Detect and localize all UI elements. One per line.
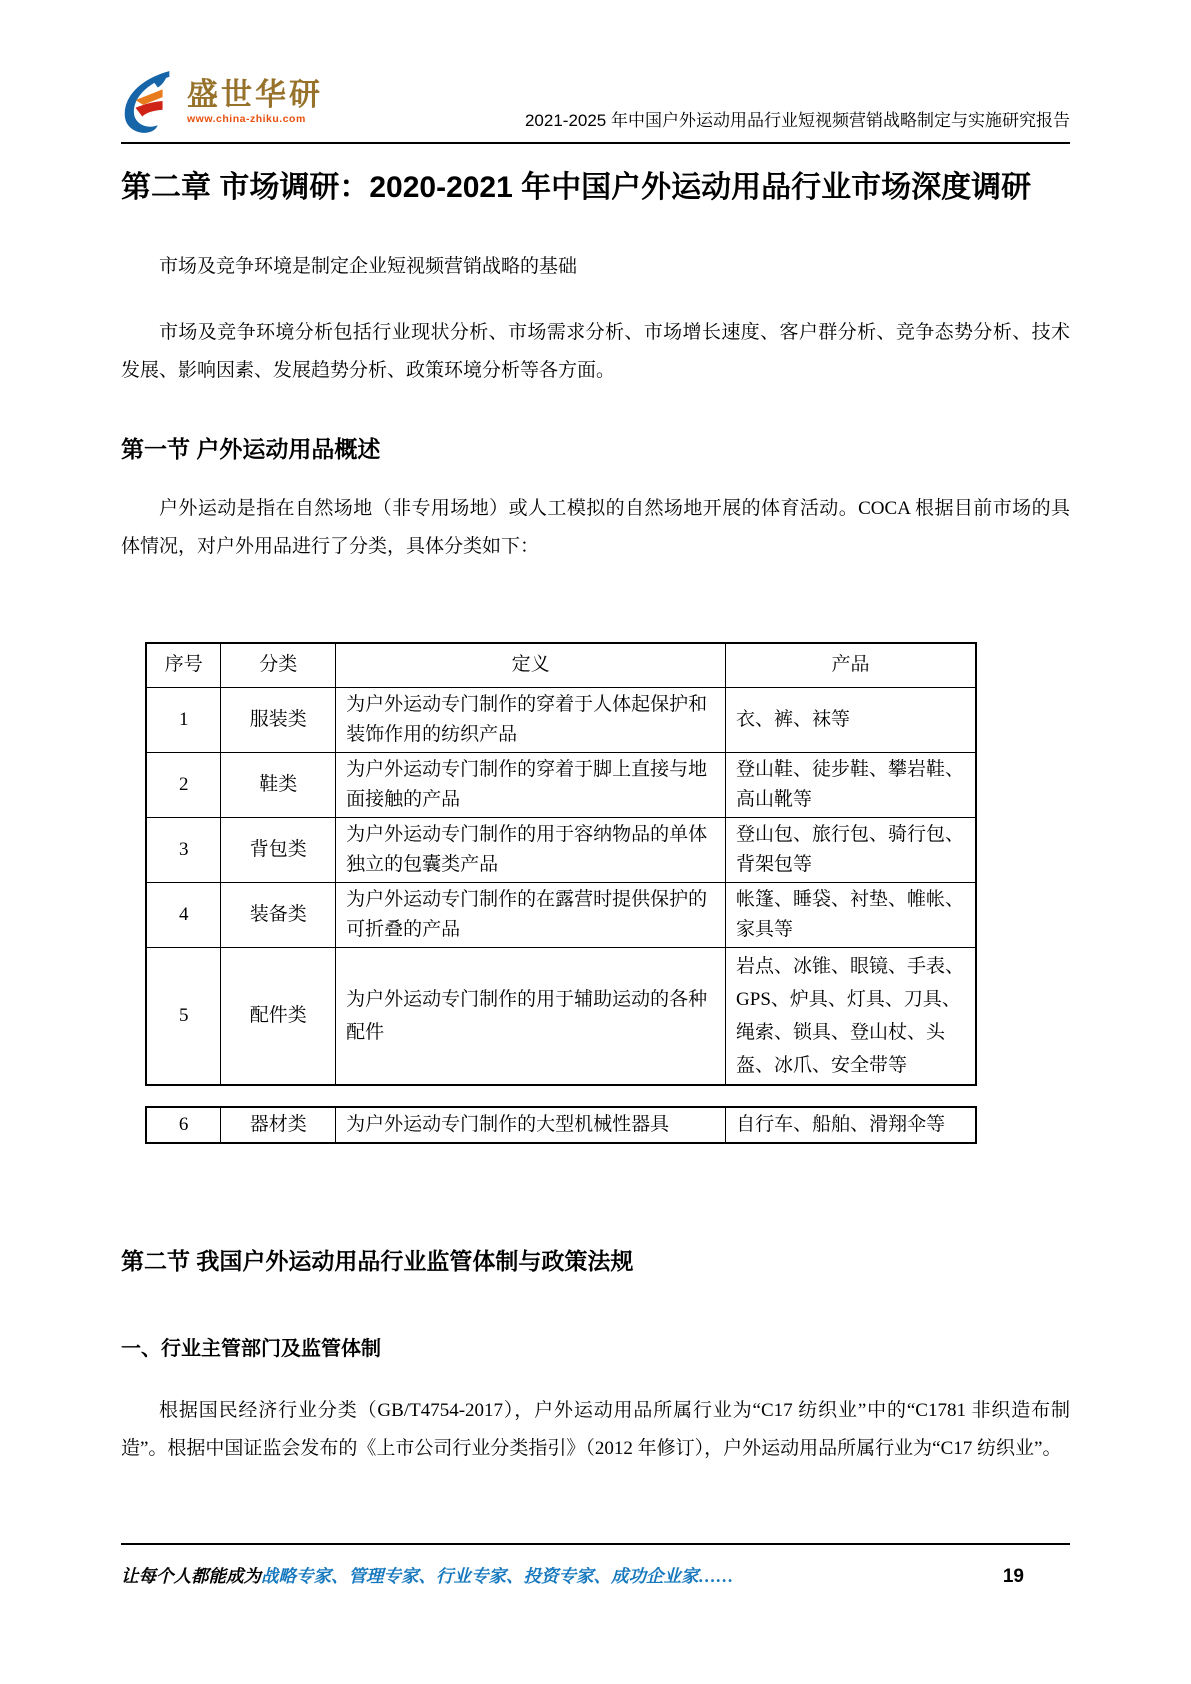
table-cell: 4: [146, 882, 221, 947]
table-cell: 自行车、船舶、滑翔伞等: [726, 1107, 976, 1143]
company-logo: 盛世华研 www.china-zhiku.com: [121, 70, 323, 134]
page-content: 第二章 市场调研：2020-2021 年中国户外运动用品行业市场深度调研 市场及…: [121, 158, 1070, 1468]
brand-url: www.china-zhiku.com: [187, 114, 323, 125]
footer-slogan-highlight: 战略专家、管理专家、行业专家、投资专家、成功企业家……: [261, 1566, 734, 1586]
table-cell: 为户外运动专门制作的在露营时提供保护的可折叠的产品: [336, 882, 726, 947]
table-cell: 为户外运动专门制作的用于容纳物品的单体独立的包囊类产品: [336, 817, 726, 882]
table-cell: 帐篷、睡袋、衬垫、帷帐、家具等: [726, 882, 976, 947]
logo-text: 盛世华研 www.china-zhiku.com: [187, 79, 323, 125]
brand-name: 盛世华研: [187, 79, 323, 110]
table-cell: 为户外运动专门制作的大型机械性器具: [336, 1107, 726, 1143]
subsection1-title: 一、行业主管部门及监管体制: [121, 1334, 1070, 1364]
section2-title: 第二节 我国户外运动用品行业监管体制与政策法规: [121, 1244, 1070, 1278]
table-cell: 登山包、旅行包、骑行包、背架包等: [726, 817, 976, 882]
table-header-cell: 序号: [146, 643, 221, 687]
table-header-cell: 产品: [726, 643, 976, 687]
table-cell: 服装类: [221, 687, 336, 752]
table-row: 5 配件类 为户外运动专门制作的用于辅助运动的各种配件 岩点、冰锥、眼镜、手表、…: [146, 947, 976, 1085]
table-header-row: 序号 分类 定义 产品: [146, 643, 976, 687]
table-cell: 2: [146, 752, 221, 817]
table-row: 6 器材类 为户外运动专门制作的大型机械性器具 自行车、船舶、滑翔伞等: [146, 1107, 976, 1143]
table-cell: 1: [146, 687, 221, 752]
table-cell: 鞋类: [221, 752, 336, 817]
page-number: 19: [1003, 1566, 1070, 1588]
table-row: 2 鞋类 为户外运动专门制作的穿着于脚上直接与地面接触的产品 登山鞋、徒步鞋、攀…: [146, 752, 976, 817]
paragraph-analysis-scope: 市场及竞争环境分析包括行业现状分析、市场需求分析、市场增长速度、客户群分析、竞争…: [121, 314, 1070, 390]
paragraph-outdoor-definition: 户外运动是指在自然场地（非专用场地）或人工模拟的自然场地开展的体育活动。COCA…: [121, 490, 1070, 566]
chapter-title: 第二章 市场调研：2020-2021 年中国户外运动用品行业市场深度调研: [121, 158, 1070, 218]
classification-table-row6: 6 器材类 为户外运动专门制作的大型机械性器具 自行车、船舶、滑翔伞等: [145, 1106, 977, 1144]
table-cell: 5: [146, 947, 221, 1085]
paragraph-industry-classification: 根据国民经济行业分类（GB/T4754-2017），户外运动用品所属行业为“C1…: [121, 1392, 1070, 1468]
table-cell: 器材类: [221, 1107, 336, 1143]
report-title: 2021-2025 年中国户外运动用品行业短视频营销战略制定与实施研究报告: [525, 106, 1070, 134]
table-cell: 3: [146, 817, 221, 882]
table-row: 1 服装类 为户外运动专门制作的穿着于人体起保护和装饰作用的纺织产品 衣、裤、袜…: [146, 687, 976, 752]
table-cell: 衣、裤、袜等: [726, 687, 976, 752]
section1-title: 第一节 户外运动用品概述: [121, 432, 1070, 466]
page-header: 盛世华研 www.china-zhiku.com 2021-2025 年中国户外…: [121, 72, 1070, 134]
table-cell: 登山鞋、徒步鞋、攀岩鞋、高山靴等: [726, 752, 976, 817]
table-cell: 岩点、冰锥、眼镜、手表、GPS、炉具、灯具、刀具、绳索、锁具、登山杖、头盔、冰爪…: [726, 947, 976, 1085]
footer-slogan-prefix: 让每个人都能成为: [121, 1566, 261, 1586]
table-cell: 配件类: [221, 947, 336, 1085]
document-page: 盛世华研 www.china-zhiku.com 2021-2025 年中国户外…: [0, 0, 1191, 1684]
logo-swoosh-icon: [121, 70, 179, 134]
table-row: 3 背包类 为户外运动专门制作的用于容纳物品的单体独立的包囊类产品 登山包、旅行…: [146, 817, 976, 882]
classification-table: 序号 分类 定义 产品 1 服装类 为户外运动专门制作的穿着于人体起保护和装饰作…: [145, 642, 977, 1086]
table-header-cell: 分类: [221, 643, 336, 687]
table-cell: 为户外运动专门制作的穿着于脚上直接与地面接触的产品: [336, 752, 726, 817]
table-row: 4 装备类 为户外运动专门制作的在露营时提供保护的可折叠的产品 帐篷、睡袋、衬垫…: [146, 882, 976, 947]
footer-slogan: 让每个人都能成为战略专家、管理专家、行业专家、投资专家、成功企业家……: [121, 1563, 734, 1588]
paragraph-basis: 市场及竞争环境是制定企业短视频营销战略的基础: [121, 248, 1070, 286]
table-cell: 为户外运动专门制作的穿着于人体起保护和装饰作用的纺织产品: [336, 687, 726, 752]
table-cell: 为户外运动专门制作的用于辅助运动的各种配件: [336, 947, 726, 1085]
table-cell: 装备类: [221, 882, 336, 947]
page-footer: 让每个人都能成为战略专家、管理专家、行业专家、投资专家、成功企业家…… 19: [121, 1543, 1070, 1588]
header-rule: [121, 142, 1070, 144]
table-cell: 背包类: [221, 817, 336, 882]
table-header-cell: 定义: [336, 643, 726, 687]
table-cell: 6: [146, 1107, 221, 1143]
